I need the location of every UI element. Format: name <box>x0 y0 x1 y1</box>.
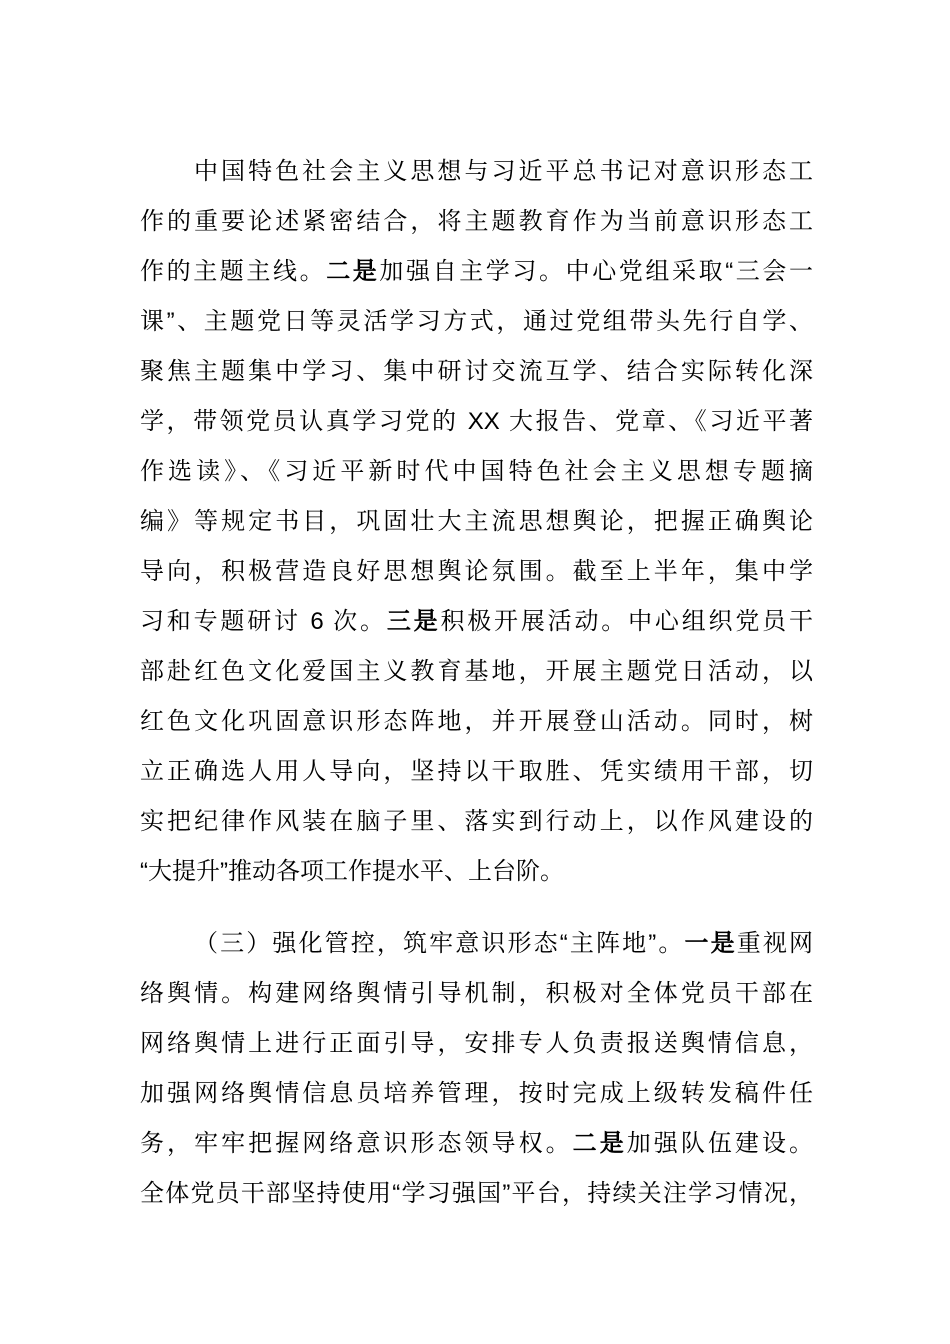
text-run: “大提升”推动各项工作提水平、上台阶。 <box>140 858 564 885</box>
text-line: 聚焦主题集中学习、集中研讨交流互学、结合实际转化深 <box>140 347 813 397</box>
text-line: 部赴红色文化爱国主义教育基地，开展主题党日活动，以 <box>140 647 813 697</box>
text-run: 加强网络舆情信息员培养管理，按时完成上级转发稿件任 <box>140 1080 813 1107</box>
text-line: 网络舆情上进行正面引导，安排专人负责报送舆情信息， <box>140 1019 813 1069</box>
text-run: 积极开展活动。中心组织党员干 <box>440 608 813 635</box>
text-line: 全体党员干部坚持使用“学习强国”平台，持续关注学习情况， <box>140 1169 813 1219</box>
text-run: 导向，积极营造良好思想舆论氛围。截至上半年，集中学 <box>140 558 813 585</box>
text-run: 网络舆情上进行正面引导，安排专人负责报送舆情信息， <box>140 1030 813 1057</box>
text-line: 加强网络舆情信息员培养管理，按时完成上级转发稿件任 <box>140 1069 813 1119</box>
text-run: 红色文化巩固意识形态阵地，并开展登山活动。同时，树 <box>140 708 813 735</box>
text-run: 全体党员干部坚持使用“学习强国”平台，持续关注学习情况， <box>140 1180 813 1207</box>
text-run: 习和专题研讨 6 次。 <box>140 608 387 635</box>
text-line: 中国特色社会主义思想与习近平总书记对意识形态工 <box>140 147 813 197</box>
text-line: 作的主题主线。二是加强自主学习。中心党组采取“三会一 <box>140 247 813 297</box>
text-line: 务，牢牢把握网络意识形态领导权。二是加强队伍建设。 <box>140 1119 813 1169</box>
bold-text-run: 二是 <box>326 258 379 285</box>
bold-text-run: 一是 <box>685 930 737 957</box>
paragraph-ideology-education: 中国特色社会主义思想与习近平总书记对意识形态工作的重要论述紧密结合，将主题教育作… <box>140 147 813 897</box>
text-line: 立正确选人用人导向，坚持以干取胜、凭实绩用干部，切 <box>140 747 813 797</box>
text-line: 实把纪律作风装在脑子里、落实到行动上，以作风建设的 <box>140 797 813 847</box>
text-run: 务，牢牢把握网络意识形态领导权。 <box>140 1130 573 1157</box>
text-run: 重视网 <box>737 930 813 957</box>
text-line: 导向，积极营造良好思想舆论氛围。截至上半年，集中学 <box>140 547 813 597</box>
text-run: 作选读》、《习近平新时代中国特色社会主义思想专题摘 <box>140 458 813 485</box>
text-run: 作的主题主线。 <box>140 258 326 285</box>
text-run: 加强队伍建设。 <box>627 1130 813 1157</box>
document-page: 中国特色社会主义思想与习近平总书记对意识形态工作的重要论述紧密结合，将主题教育作… <box>0 0 950 1344</box>
text-run: 编》等规定书目，巩固壮大主流思想舆论，把握正确舆论 <box>140 508 813 535</box>
text-run: 学，带领党员认真学习党的 XX 大报告、党章、《习近平著 <box>140 408 813 435</box>
text-run: 部赴红色文化爱国主义教育基地，开展主题党日活动，以 <box>140 658 813 685</box>
text-run: （三）强化管控，筑牢意识形态“主阵地”。 <box>194 930 685 957</box>
bold-text-run: 三是 <box>387 608 441 635</box>
bold-text-run: 二是 <box>573 1130 627 1157</box>
text-line: 作的重要论述紧密结合，将主题教育作为当前意识形态工 <box>140 197 813 247</box>
text-line: 习和专题研讨 6 次。三是积极开展活动。中心组织党员干 <box>140 597 813 647</box>
text-run: 立正确选人用人导向，坚持以干取胜、凭实绩用干部，切 <box>140 758 813 785</box>
text-line: 红色文化巩固意识形态阵地，并开展登山活动。同时，树 <box>140 697 813 747</box>
text-line: “大提升”推动各项工作提水平、上台阶。 <box>140 847 813 897</box>
text-run: 中国特色社会主义思想与习近平总书记对意识形态工 <box>194 158 813 185</box>
text-line: （三）强化管控，筑牢意识形态“主阵地”。一是重视网 <box>140 919 813 969</box>
text-run: 络舆情。构建网络舆情引导机制，积极对全体党员干部在 <box>140 980 813 1007</box>
page-content: 中国特色社会主义思想与习近平总书记对意识形态工作的重要论述紧密结合，将主题教育作… <box>140 147 813 1219</box>
text-run: 作的重要论述紧密结合，将主题教育作为当前意识形态工 <box>140 208 813 235</box>
text-line: 学，带领党员认真学习党的 XX 大报告、党章、《习近平著 <box>140 397 813 447</box>
text-line: 作选读》、《习近平新时代中国特色社会主义思想专题摘 <box>140 447 813 497</box>
text-run: 实把纪律作风装在脑子里、落实到行动上，以作风建设的 <box>140 808 813 835</box>
text-line: 络舆情。构建网络舆情引导机制，积极对全体党员干部在 <box>140 969 813 1019</box>
text-line: 课”、主题党日等灵活学习方式，通过党组带头先行自学、 <box>140 297 813 347</box>
paragraph-strengthen-control: （三）强化管控，筑牢意识形态“主阵地”。一是重视网络舆情。构建网络舆情引导机制，… <box>140 919 813 1219</box>
text-run: 聚焦主题集中学习、集中研讨交流互学、结合实际转化深 <box>140 358 813 385</box>
text-run: 加强自主学习。中心党组采取“三会一 <box>379 258 813 285</box>
text-run: 课”、主题党日等灵活学习方式，通过党组带头先行自学、 <box>140 308 813 335</box>
text-line: 编》等规定书目，巩固壮大主流思想舆论，把握正确舆论 <box>140 497 813 547</box>
